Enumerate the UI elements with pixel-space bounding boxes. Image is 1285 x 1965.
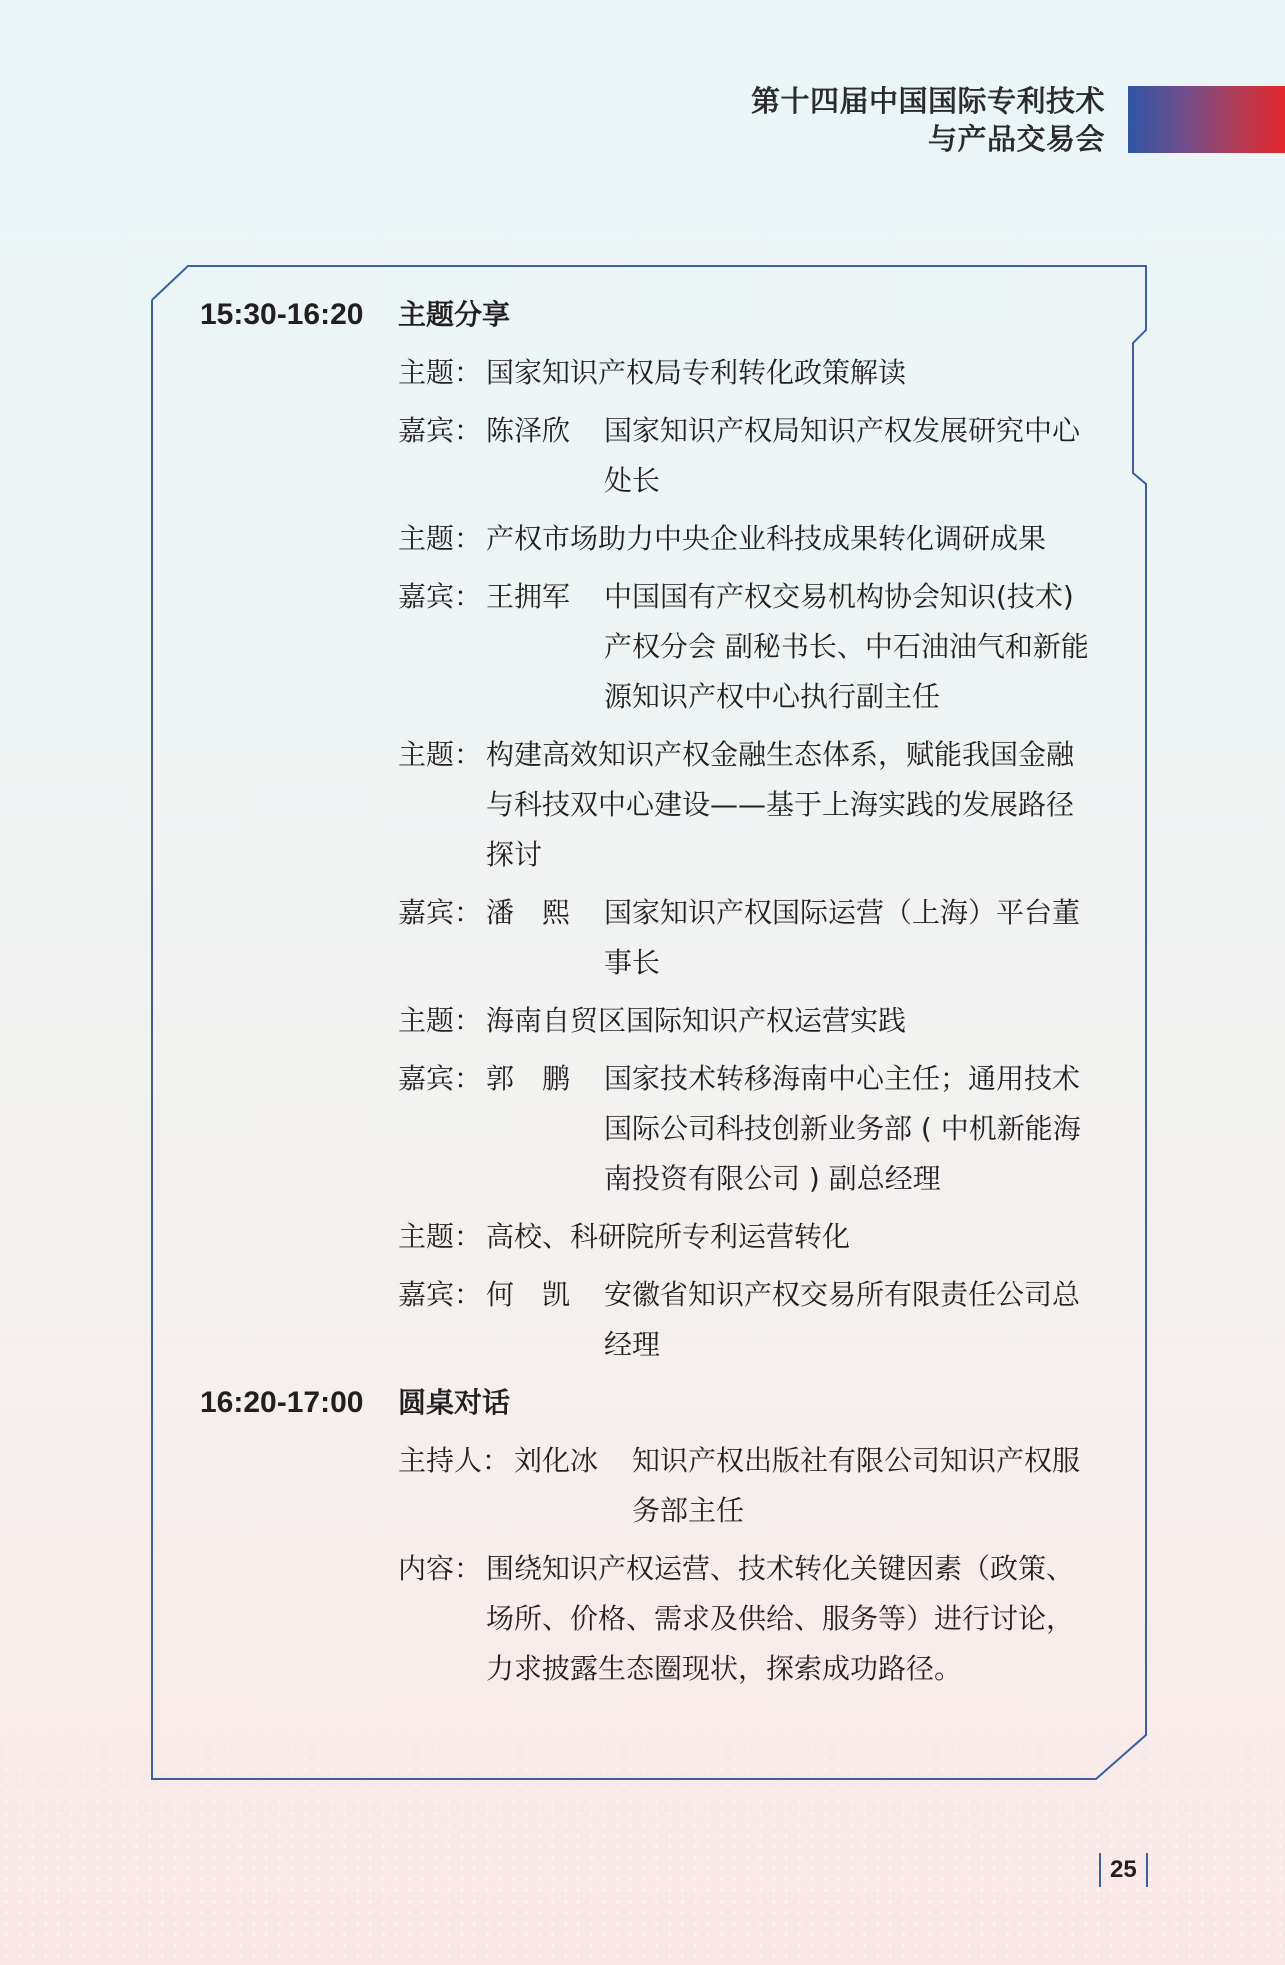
session-time: 15:30-16:20 — [200, 290, 398, 340]
session-header: 15:30-16:20 主题分享 — [200, 290, 1100, 340]
topic-label: 主题： — [398, 996, 486, 1046]
topic-text: 产权市场助力中央企业科技成果转化调研成果 — [486, 514, 1100, 564]
speaker-label: 嘉宾： — [398, 1270, 486, 1370]
speaker-title: 国家知识产权国际运营（上海）平台董事长 — [604, 888, 1100, 988]
topic-text: 高校、科研院所专利运营转化 — [486, 1212, 1100, 1262]
agenda-speaker: 嘉宾： 何凯 安徽省知识产权交易所有限责任公司总经理 — [398, 1270, 1100, 1370]
speaker-label: 嘉宾： — [398, 1054, 486, 1204]
page-number: 25 — [1099, 1853, 1148, 1887]
agenda-content: 15:30-16:20 主题分享 主题： 国家知识产权局专利转化政策解读 嘉宾：… — [200, 290, 1100, 1702]
agenda-speaker: 嘉宾： 郭鹏 国家技术转移海南中心主任；通用技术国际公司科技创新业务部 ( 中机… — [398, 1054, 1100, 1204]
speaker-label: 嘉宾： — [398, 572, 486, 722]
topic-text: 海南自贸区国际知识产权运营实践 — [486, 996, 1100, 1046]
session-title: 圆桌对话 — [398, 1378, 510, 1428]
agenda-topic: 主题： 海南自贸区国际知识产权运营实践 — [398, 996, 1100, 1046]
topic-label: 主题： — [398, 730, 486, 880]
speaker-title: 国家知识产权局知识产权发展研究中心处长 — [604, 406, 1100, 506]
content-text: 围绕知识产权运营、技术转化关键因素（政策、场所、价格、需求及供给、服务等）进行讨… — [486, 1544, 1100, 1694]
agenda-topic: 主题： 构建高效知识产权金融生态体系，赋能我国金融与科技双中心建设——基于上海实… — [398, 730, 1100, 880]
agenda-speaker: 嘉宾： 陈泽欣 国家知识产权局知识产权发展研究中心处长 — [398, 406, 1100, 506]
agenda-speaker: 嘉宾： 王拥军 中国国有产权交易机构协会知识(技术)产权分会 副秘书长、中石油油… — [398, 572, 1100, 722]
agenda-topic: 主题： 国家知识产权局专利转化政策解读 — [398, 348, 1100, 398]
speaker-title: 安徽省知识产权交易所有限责任公司总经理 — [604, 1270, 1100, 1370]
topic-text: 构建高效知识产权金融生态体系，赋能我国金融与科技双中心建设——基于上海实践的发展… — [486, 730, 1100, 880]
topic-label: 主题： — [398, 348, 486, 398]
topic-label: 主题： — [398, 1212, 486, 1262]
moderator-name: 刘化冰 — [514, 1436, 632, 1536]
topic-label: 主题： — [398, 514, 486, 564]
agenda-speaker: 嘉宾： 潘熙 国家知识产权国际运营（上海）平台董事长 — [398, 888, 1100, 988]
topic-text: 国家知识产权局专利转化政策解读 — [486, 348, 1100, 398]
session-header: 16:20-17:00 圆桌对话 — [200, 1378, 1100, 1428]
speaker-name: 郭鹏 — [486, 1054, 604, 1204]
speaker-label: 嘉宾： — [398, 406, 486, 506]
session-title: 主题分享 — [398, 290, 510, 340]
speaker-name: 潘熙 — [486, 888, 604, 988]
agenda-topic: 主题： 产权市场助力中央企业科技成果转化调研成果 — [398, 514, 1100, 564]
speaker-label: 嘉宾： — [398, 888, 486, 988]
content-label: 内容： — [398, 1544, 486, 1694]
agenda-moderator: 主持人： 刘化冰 知识产权出版社有限公司知识产权服务部主任 — [398, 1436, 1100, 1536]
agenda-topic: 主题： 高校、科研院所专利运营转化 — [398, 1212, 1100, 1262]
session-time: 16:20-17:00 — [200, 1378, 398, 1428]
speaker-title: 中国国有产权交易机构协会知识(技术)产权分会 副秘书长、中石油油气和新能源知识产… — [604, 572, 1100, 722]
speaker-name: 何凯 — [486, 1270, 604, 1370]
speaker-name: 陈泽欣 — [486, 406, 604, 506]
agenda-content-description: 内容： 围绕知识产权运营、技术转化关键因素（政策、场所、价格、需求及供给、服务等… — [398, 1544, 1100, 1694]
moderator-title: 知识产权出版社有限公司知识产权服务部主任 — [632, 1436, 1100, 1536]
speaker-title: 国家技术转移海南中心主任；通用技术国际公司科技创新业务部 ( 中机新能海南投资有… — [604, 1054, 1100, 1204]
speaker-name: 王拥军 — [486, 572, 604, 722]
moderator-label: 主持人： — [398, 1436, 514, 1536]
